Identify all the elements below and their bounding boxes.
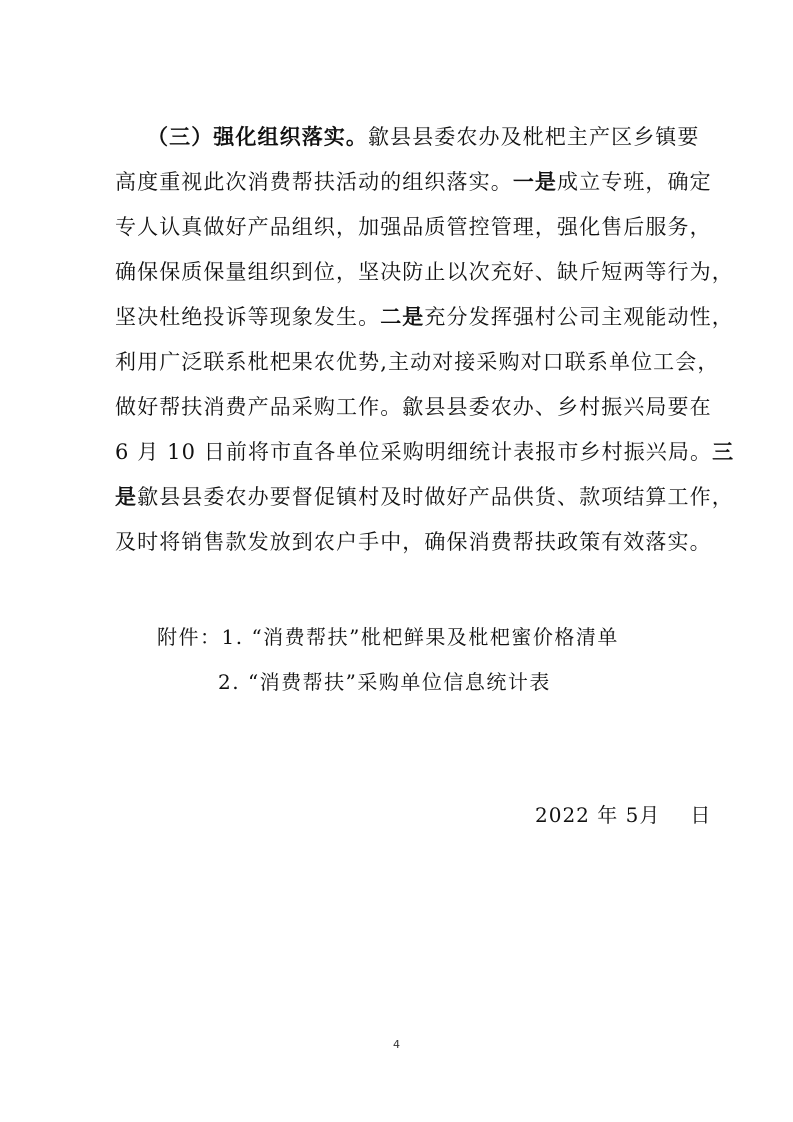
line-text: 利用广泛联系枇杷果农优势,主动对接采购对口联系单位工会， xyxy=(115,350,719,374)
line-text: 成立专班，确定 xyxy=(557,170,712,194)
paragraph-line-6: 利用广泛联系枇杷果农优势,主动对接采购对口联系单位工会， xyxy=(115,347,690,377)
paragraph-line-1: （三）强化组织落实。歙县县委农办及枇杷主产区乡镇要 xyxy=(147,122,690,152)
paragraph-line-5: 坚决杜绝投诉等现象发生。二是充分发挥强村公司主观能动性， xyxy=(115,302,690,332)
point-one-label: 一是 xyxy=(513,170,557,194)
line-text: 6 月 10 日前将市直各单位采购明细统计表报市乡村振兴局。 xyxy=(115,440,712,464)
date-month: 5 xyxy=(626,803,640,827)
paragraph-line-9: 是歙县县委农办要督促镇村及时做好产品供货、款项结算工作， xyxy=(115,482,690,512)
date-year: 2022 xyxy=(535,803,590,827)
document-page: （三）强化组织落实。歙县县委农办及枇杷主产区乡镇要 高度重视此次消费帮扶活动的组… xyxy=(0,0,793,1122)
attachment-title: 1. “消费帮扶”枇杷鲜果及枇杷蜜价格清单 xyxy=(222,625,619,649)
line-text: 做好帮扶消费产品采购工作。歙县县委农办、乡村振兴局要在 xyxy=(115,395,712,419)
attachment-item-1: 附件：1. “消费帮扶”枇杷鲜果及枇杷蜜价格清单 xyxy=(157,622,619,652)
paragraph-line-8: 6 月 10 日前将市直各单位采购明细统计表报市乡村振兴局。三 xyxy=(115,437,690,467)
attachment-item-2: 2. “消费帮扶”采购单位信息统计表 xyxy=(218,667,551,697)
document-date: 2022 年 5月日 xyxy=(535,800,711,830)
paragraph-line-2: 高度重视此次消费帮扶活动的组织落实。一是成立专班，确定 xyxy=(115,167,690,197)
page-number: 4 xyxy=(0,1038,793,1051)
date-day-unit: 日 xyxy=(690,803,711,827)
line-text: 及时将销售款发放到农户手中，确保消费帮扶政策有效落实。 xyxy=(115,530,712,554)
paragraph-line-10: 及时将销售款发放到农户手中，确保消费帮扶政策有效落实。 xyxy=(115,527,690,557)
line-text: 高度重视此次消费帮扶活动的组织落实。 xyxy=(115,170,513,194)
line-text: 专人认真做好产品组织，加强品质管控管理，强化售后服务， xyxy=(115,215,712,239)
paragraph-line-3: 专人认真做好产品组织，加强品质管控管理，强化售后服务， xyxy=(115,212,690,242)
date-year-unit: 年 xyxy=(597,803,618,827)
line-text: 坚决杜绝投诉等现象发生。 xyxy=(115,305,380,329)
attachment-title: 2. “消费帮扶”采购单位信息统计表 xyxy=(218,670,551,694)
date-month-unit: 月 xyxy=(639,803,660,827)
line-text: 歙县县委农办及枇杷主产区乡镇要 xyxy=(368,125,700,149)
paragraph-line-4: 确保保质保量组织到位，坚决防止以次充好、缺斤短两等行为， xyxy=(115,257,690,287)
line-text: 充分发挥强村公司主观能动性， xyxy=(424,305,733,329)
point-three-label-start: 三 xyxy=(712,440,734,464)
point-three-label-end: 是 xyxy=(115,485,137,509)
point-two-label: 二是 xyxy=(380,305,424,329)
paragraph-line-7: 做好帮扶消费产品采购工作。歙县县委农办、乡村振兴局要在 xyxy=(115,392,690,422)
section-heading: （三）强化组织落实。 xyxy=(147,125,368,149)
attachments-label: 附件： xyxy=(157,625,222,649)
line-text: 歙县县委农办要督促镇村及时做好产品供货、款项结算工作， xyxy=(137,485,734,509)
line-text: 确保保质保量组织到位，坚决防止以次充好、缺斤短两等行为， xyxy=(115,260,734,284)
